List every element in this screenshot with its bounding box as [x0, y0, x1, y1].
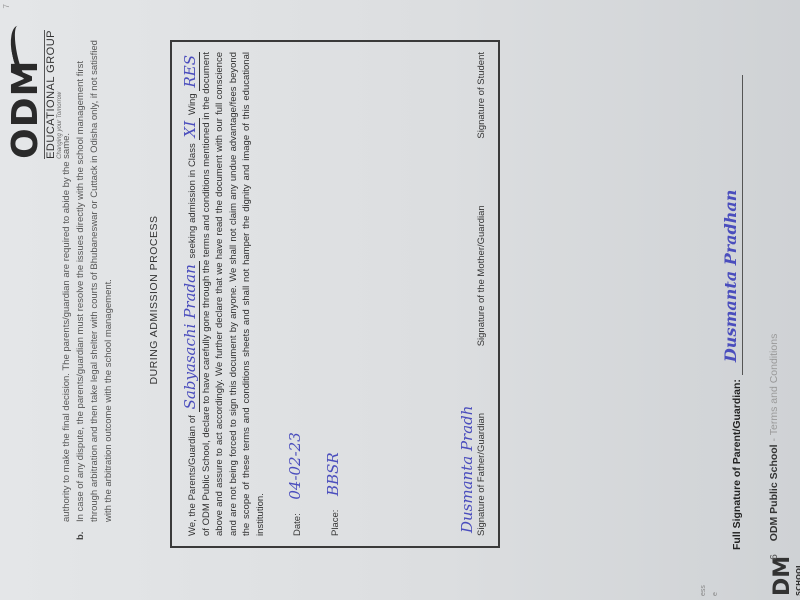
clause-marker: b. — [74, 522, 116, 540]
margin-fragment: ess — [700, 585, 707, 596]
terms-clauses: authority to make the final decision. Th… — [60, 40, 116, 540]
page-number: 6 — [768, 554, 780, 560]
father-signature-label: Signature of Father/Guardian — [475, 413, 489, 536]
school-logo-text: DM — [770, 556, 795, 596]
margin-fragment: e — [712, 592, 719, 596]
clause-b: b. In case of any dispute, the parents/g… — [74, 40, 116, 540]
odm-school-logo: DM SCHOOL — [770, 556, 800, 596]
full-signature-row: Full Signature of Parent/Guardian: Dusma… — [728, 75, 743, 550]
place-label: Place: — [330, 510, 341, 536]
class-field[interactable]: XI — [181, 118, 200, 141]
page-footer: 6 ODM Public School - Terms and Conditio… — [768, 334, 780, 560]
full-signature-field[interactable]: Dusmanta Pradhan — [728, 75, 743, 375]
place-row: Place: BBSR — [327, 52, 343, 536]
clause-text: In case of any dispute, the parents/guar… — [74, 40, 116, 522]
clause-continuation-text: authority to make the final decision. Th… — [60, 40, 74, 522]
odm-educational-group-logo: ODM EDUCATIONAL GROUP Changing your Tomo… — [8, 30, 63, 159]
footer-doc-title: Terms and Conditions — [768, 334, 780, 436]
student-signature-label: Signature of Student — [475, 52, 489, 139]
mother-signature-label: Signature of the Mother/Guardian — [475, 205, 489, 346]
footer-school: ODM Public School — [768, 444, 780, 541]
logo-subtitle: EDUCATIONAL GROUP — [44, 30, 57, 159]
wing-field[interactable]: RES — [181, 52, 200, 91]
student-name-field[interactable]: Sabyasachi Pradan — [181, 261, 200, 412]
place-field[interactable]: BBSR — [324, 449, 342, 499]
date-row: Date: 04-02-23 — [289, 52, 305, 536]
date-label: Date: — [292, 513, 303, 536]
school-logo-sub: SCHOOL — [795, 556, 800, 596]
full-signature-value: Dusmanta Pradhan — [721, 187, 740, 365]
declaration-text: We, the Parents/Guardian of Sabyasachi P… — [184, 52, 267, 536]
corner-page-number: 7 — [2, 4, 11, 8]
section-title: DURING ADMISSION PROCESS — [148, 0, 160, 600]
declaration-box: We, the Parents/Guardian of Sabyasachi P… — [170, 40, 500, 548]
date-field[interactable]: 04-02-23 — [286, 429, 304, 502]
clause-continuation: authority to make the final decision. Th… — [60, 40, 74, 540]
signature-labels: Signature of Father/Guardian Signature o… — [475, 52, 489, 536]
full-signature-label: Full Signature of Parent/Guardian: — [731, 379, 743, 550]
document-page: ODM EDUCATIONAL GROUP Changing your Tomo… — [0, 0, 800, 600]
